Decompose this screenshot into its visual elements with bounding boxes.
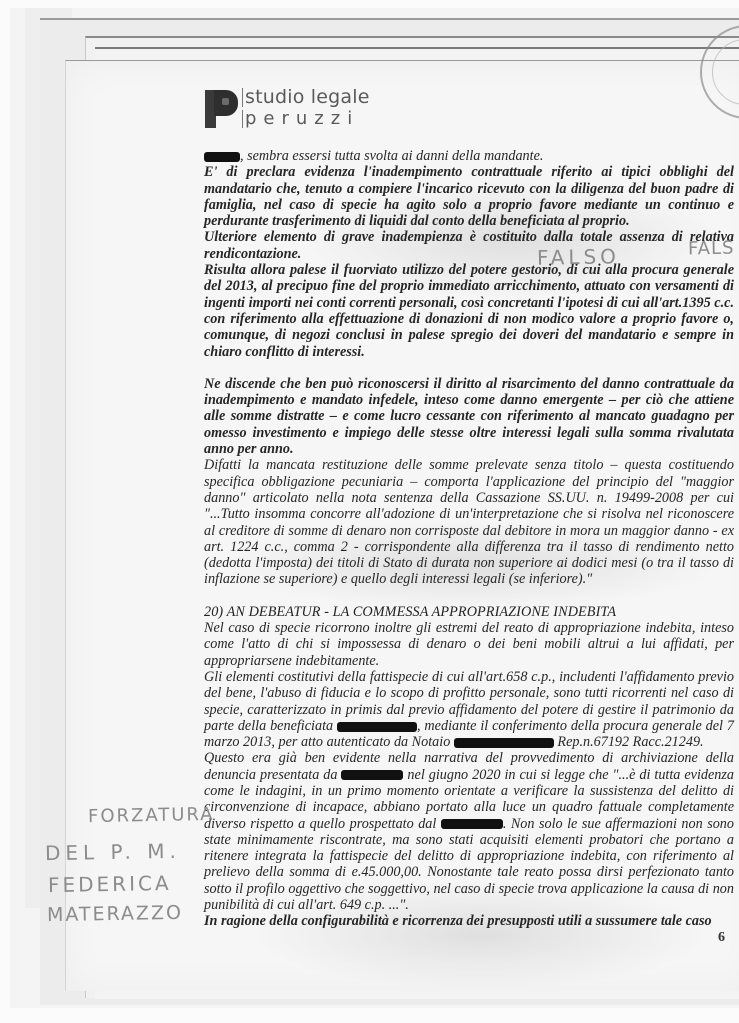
paragraph-1: , sembra essersi tutta svolta ai danni d… xyxy=(204,148,734,164)
redaction-mark xyxy=(337,722,417,732)
handwritten-margin-note-3: FEDERICA xyxy=(48,871,172,897)
handwritten-falso-1: FALSO xyxy=(537,244,620,269)
letterhead-line1: studio legale xyxy=(242,88,370,107)
paragraph-9: Questo era già ben evidente nella narrat… xyxy=(204,750,734,913)
paragraph-7: Nel caso di specie ricorrono inoltre gli… xyxy=(204,620,734,669)
paragraph-4: Risulta allora palese il fuorviato utili… xyxy=(204,262,734,360)
redaction-mark xyxy=(204,152,240,162)
redaction-mark xyxy=(341,770,403,780)
paragraph-6: Difatti la mancata restituzione delle so… xyxy=(204,457,734,587)
handwritten-margin-note-4: MATERAZZO xyxy=(47,902,183,926)
redaction-mark xyxy=(441,819,503,829)
section-heading: 20) AN DEBEATUR - LA COMMESSA APPROPRIAZ… xyxy=(204,604,734,620)
paragraph-3: Ulteriore elemento di grave inadempienza… xyxy=(204,229,734,262)
handwritten-falso-2: FALS xyxy=(688,238,735,260)
paragraph-text: Rep.n.67192 Racc.21249. xyxy=(554,734,704,750)
letterhead-line2: peruzzi xyxy=(242,110,370,128)
paragraph-5: Ne discende che ben può riconoscersi il … xyxy=(204,376,734,457)
paragraph-8: Gli elementi costitutivi della fattispec… xyxy=(204,669,734,750)
page-number: 6 xyxy=(718,930,725,946)
handwritten-margin-note-2: DEL P. M. xyxy=(45,839,181,865)
paragraph-text: , sembra essersi tutta svolta ai danni d… xyxy=(240,148,543,164)
letterhead-logo: studio legale peruzzi xyxy=(205,90,370,128)
paragraph-10: In ragione della configurabilità e ricor… xyxy=(204,913,734,929)
paragraph-2: E' di preclara evidenza l'inadempimento … xyxy=(204,164,734,229)
handwritten-margin-note-1: FORZATURA xyxy=(88,804,215,827)
redaction-mark xyxy=(454,738,554,748)
document-body: , sembra essersi tutta svolta ai danni d… xyxy=(204,148,734,930)
logo-p-icon xyxy=(205,90,238,128)
